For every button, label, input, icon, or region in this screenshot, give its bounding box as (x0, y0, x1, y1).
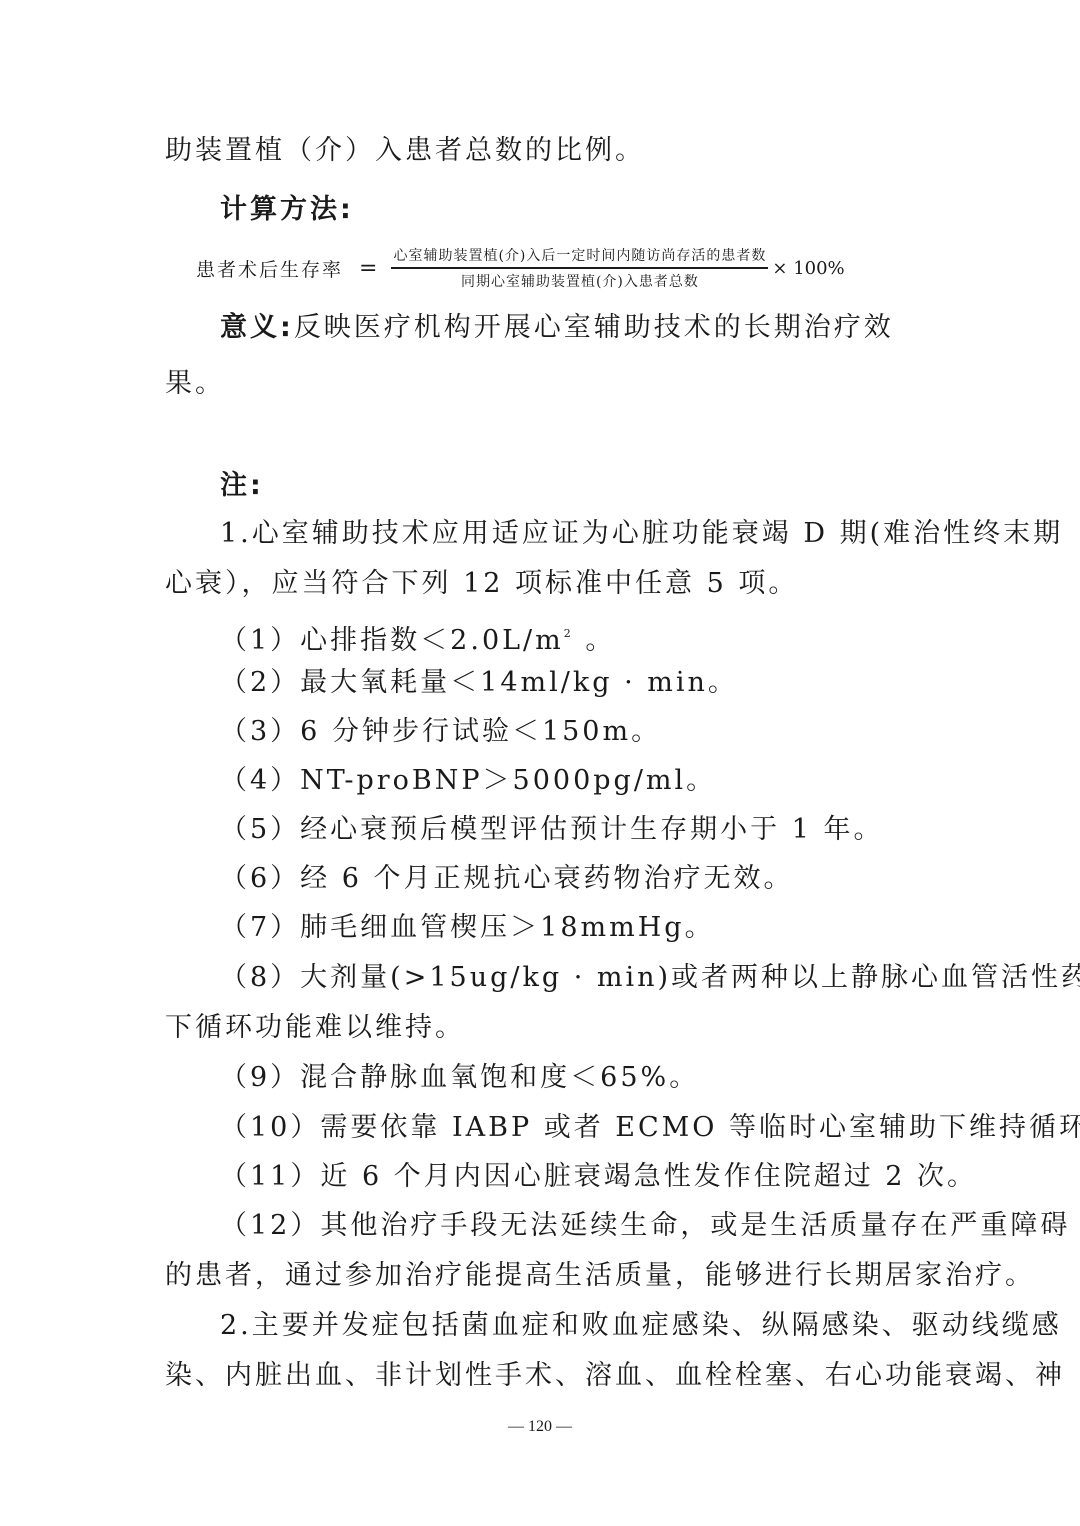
formula-numerator: 心室辅助装置植(介)入后一定时间内随访尚存活的患者数 (391, 245, 768, 269)
criterion-1-tail: 。 (574, 625, 616, 656)
note-2-line-2: 染、内脏出血、非计划性手术、溶血、血栓栓塞、右心功能衰竭、神 (165, 1358, 1065, 1394)
page-number: — 120 — (0, 1418, 1080, 1436)
formula-lhs: 患者术后生存率 (196, 255, 343, 282)
criterion-9: （9）混合静脉血氧饱和度＜65%。 (220, 1060, 699, 1096)
criterion-1-text: （1）心排指数＜2.0L/m (220, 625, 564, 656)
significance-label: 意义: (220, 312, 294, 343)
significance-text: 反映医疗机构开展心室辅助技术的长期治疗效 (294, 312, 894, 343)
criterion-5: （5）经心衰预后模型评估预计生存期小于 1 年。 (220, 812, 884, 848)
criterion-10: （10）需要依靠 IABP 或者 ECMO 等临时心室辅助下维持循环。 (220, 1110, 1080, 1146)
note-1-line-1: 1.心室辅助技术应用适应证为心脏功能衰竭 D 期(难治性终末期 (220, 516, 1063, 552)
note-1-line-2: 心衰），应当符合下列 12 项标准中任意 5 项。 (165, 566, 798, 602)
formula-fraction: 心室辅助装置植(介)入后一定时间内随访尚存活的患者数 同期心室辅助装置植(介)入… (391, 245, 768, 291)
formula-denominator: 同期心室辅助装置植(介)入患者总数 (461, 269, 699, 291)
criterion-3: （3）6 分钟步行试验＜150m。 (220, 714, 661, 750)
criterion-8: （8）大剂量(>15ug/kg · min)或者两种以上静脉心血管活性药物 (220, 960, 1080, 996)
formula-equals: = (359, 256, 377, 281)
note-2-line-1: 2.主要并发症包括菌血症和败血症感染、纵隔感染、驱动线缆感 (220, 1308, 1062, 1344)
criterion-8-continuation: 下循环功能难以维持。 (165, 1010, 465, 1046)
continued-paragraph-line: 助装置植（介）入患者总数的比例。 (165, 133, 645, 169)
calc-method-heading: 计算方法: (220, 192, 354, 228)
survival-rate-formula: 患者术后生存率 = 心室辅助装置植(介)入后一定时间内随访尚存活的患者数 同期心… (196, 240, 876, 296)
significance-continuation: 果。 (165, 366, 225, 402)
notes-heading: 注: (220, 468, 264, 504)
criterion-6: （6）经 6 个月正规抗心衰药物治疗无效。 (220, 861, 794, 897)
criterion-12-continuation: 的患者，通过参加治疗能提高生活质量，能够进行长期居家治疗。 (165, 1258, 1035, 1294)
criterion-1-superscript: 2 (564, 627, 574, 640)
criterion-4: （4）NT-proBNP＞5000pg/ml。 (220, 763, 716, 799)
criterion-1: （1）心排指数＜2.0L/m2 。 (220, 616, 615, 659)
criterion-11: （11）近 6 个月内因心脏衰竭急性发作住院超过 2 次。 (220, 1159, 977, 1195)
criterion-7: （7）肺毛细血管楔压＞18mmHg。 (220, 910, 715, 946)
significance-paragraph: 意义:反映医疗机构开展心室辅助技术的长期治疗效 (220, 310, 894, 346)
formula-multiplier: × 100% (772, 258, 844, 279)
criterion-12: （12）其他治疗手段无法延续生命，或是生活质量存在严重障碍 (220, 1208, 1070, 1244)
criterion-2: （2）最大氧耗量＜14ml/kg · min。 (220, 665, 738, 701)
